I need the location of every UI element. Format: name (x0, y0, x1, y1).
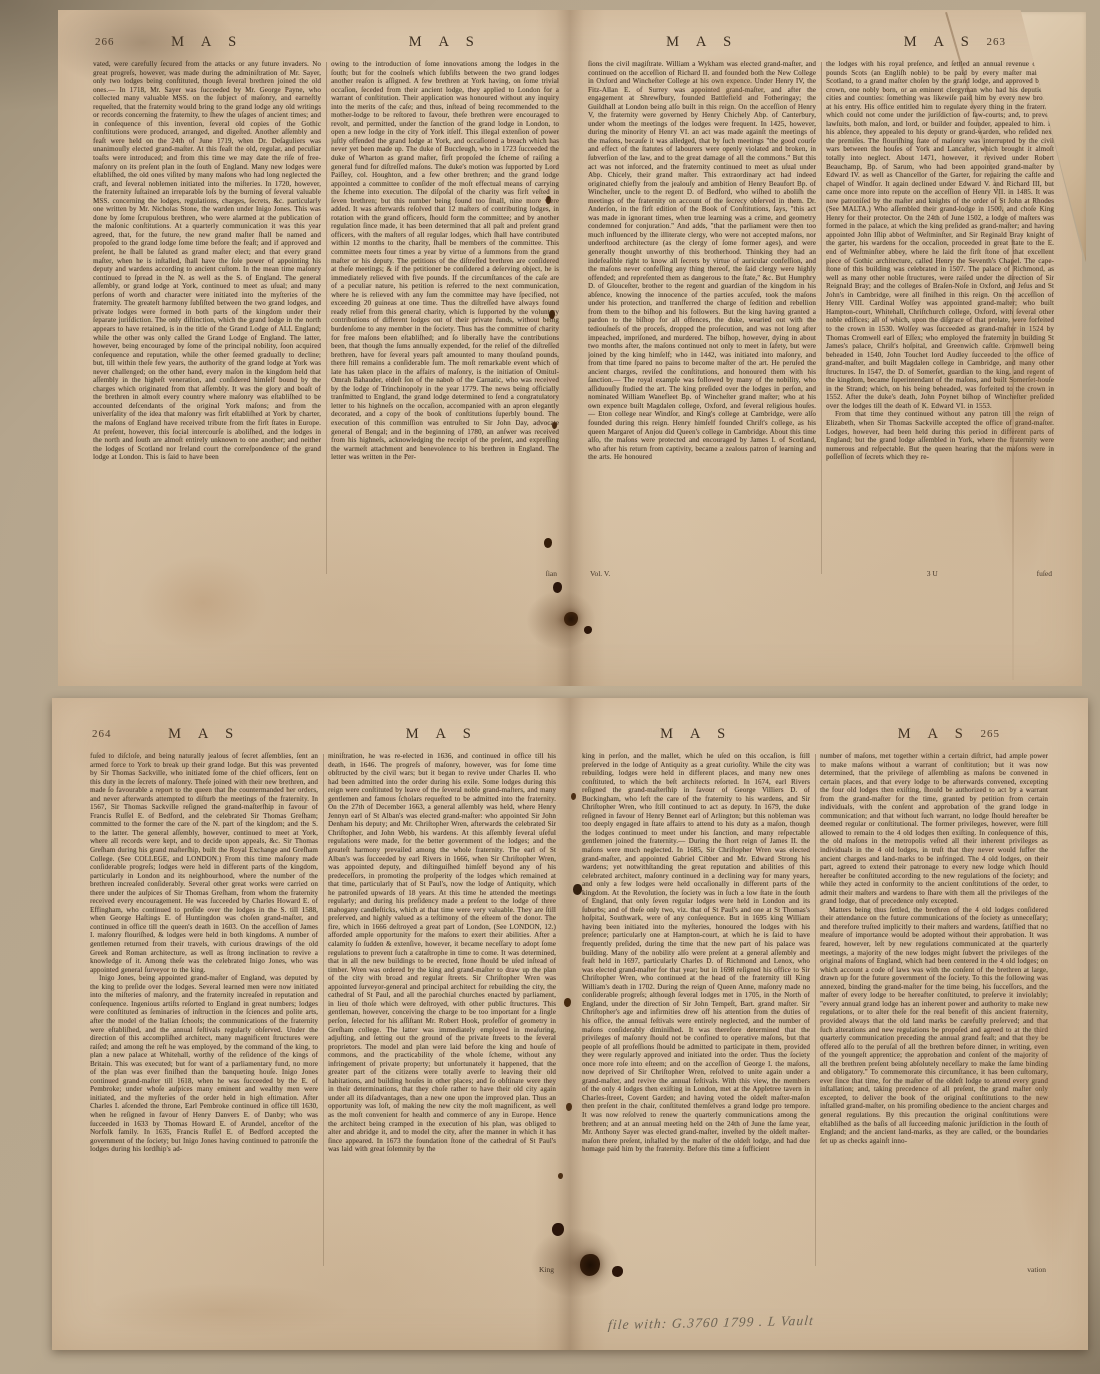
under-page-edge (1012, 240, 1014, 680)
page-264: 264 M A S M A S fuſed to diſcloſe, and b… (90, 726, 556, 1275)
running-head: M A S (406, 726, 478, 743)
running-head: M A S (660, 726, 732, 743)
body-text-paragraph: vated, were carefully ſecured from the a… (93, 60, 321, 462)
page-266: 266 M A S M A S vated, were carefully ſe… (93, 34, 559, 579)
scanned-spread-bottom: 264 M A S M A S fuſed to diſcloſe, and b… (52, 698, 1088, 1350)
page-number: 265 (981, 728, 1001, 740)
page-265: M A S M A S 265 king in perſon, and the … (582, 726, 1048, 1275)
gathering-signature: 3 U (927, 569, 938, 579)
page-number: 266 (95, 36, 115, 48)
text-column: ſions the civil magiſtrate. William a Wy… (588, 60, 816, 579)
page-263: M A S M A S 263 ſions the civil magiſtra… (588, 34, 1054, 579)
running-head: M A S (409, 34, 481, 51)
body-text-paragraph: the lodges with his royal preſence, and … (826, 60, 1054, 410)
running-head: M A S (168, 726, 240, 743)
body-text-paragraph: Inigo Jones, being appointed grand-maſte… (90, 974, 318, 1153)
ink-blot (584, 626, 592, 634)
page-header: M A S M A S 265 (582, 726, 1048, 748)
stitch-hole (558, 1173, 563, 1179)
text-column: king in perſon, and the mallet, which he… (582, 752, 810, 1275)
stain (526, 590, 596, 650)
page-header: M A S M A S 263 (588, 34, 1054, 56)
text-column: the lodges with his royal preſence, and … (826, 60, 1054, 579)
column-rule (821, 62, 822, 574)
body-text-paragraph: miniſtration, he was re-elected in 1636,… (328, 752, 556, 1154)
catchword: fuſed (1037, 569, 1052, 579)
scanned-spread-top: 266 M A S M A S vated, were carefully ſe… (58, 10, 1082, 686)
text-column: number of maſons, met together within a … (820, 752, 1048, 1275)
body-text-paragraph: Matters being thus ſettled, the brethren… (820, 906, 1048, 1145)
catchword: King (539, 1265, 554, 1275)
stitch-hole (566, 1103, 572, 1111)
running-head: M A S (666, 34, 738, 51)
body-text-paragraph: ſions the civil magiſtrate. William a Wy… (588, 60, 816, 462)
text-column: miniſtration, he was re-elected in 1636,… (328, 752, 556, 1275)
column-rule (323, 754, 324, 1266)
catchword: vation (1027, 1265, 1046, 1275)
stitch-hole (573, 884, 582, 895)
page-header: 264 M A S M A S (90, 726, 556, 748)
column-rule (815, 754, 816, 1266)
ink-blot (553, 582, 562, 593)
stain (92, 1283, 352, 1338)
page-number: 263 (987, 36, 1007, 48)
body-text-paragraph: fuſed to diſcloſe, and being naturally j… (90, 752, 318, 974)
body-text-paragraph: king in perſon, and the mallet, which he… (582, 752, 810, 1154)
stitch-hole (564, 998, 571, 1007)
body-text-paragraph: From that time they continued without an… (826, 410, 1054, 461)
running-head: M A S (898, 726, 970, 743)
ink-blot (564, 612, 578, 626)
page-header: 266 M A S M A S (93, 34, 559, 56)
text-column: owing to the introduction of ſome innova… (331, 60, 559, 579)
catchword: ſian (546, 569, 557, 579)
text-column: fuſed to diſcloſe, and being naturally j… (90, 752, 318, 1275)
text-column: vated, were carefully ſecured from the a… (93, 60, 321, 579)
column-rule (326, 62, 327, 574)
body-text-paragraph: number of maſons, met together within a … (820, 752, 1048, 906)
running-head: M A S (904, 34, 976, 51)
page-number: 264 (92, 728, 112, 740)
running-head: M A S (171, 34, 243, 51)
body-text-paragraph: owing to the introduction of ſome innova… (331, 60, 559, 462)
volume-signature: Vol. V. (590, 569, 610, 579)
stitch-hole (571, 793, 576, 800)
